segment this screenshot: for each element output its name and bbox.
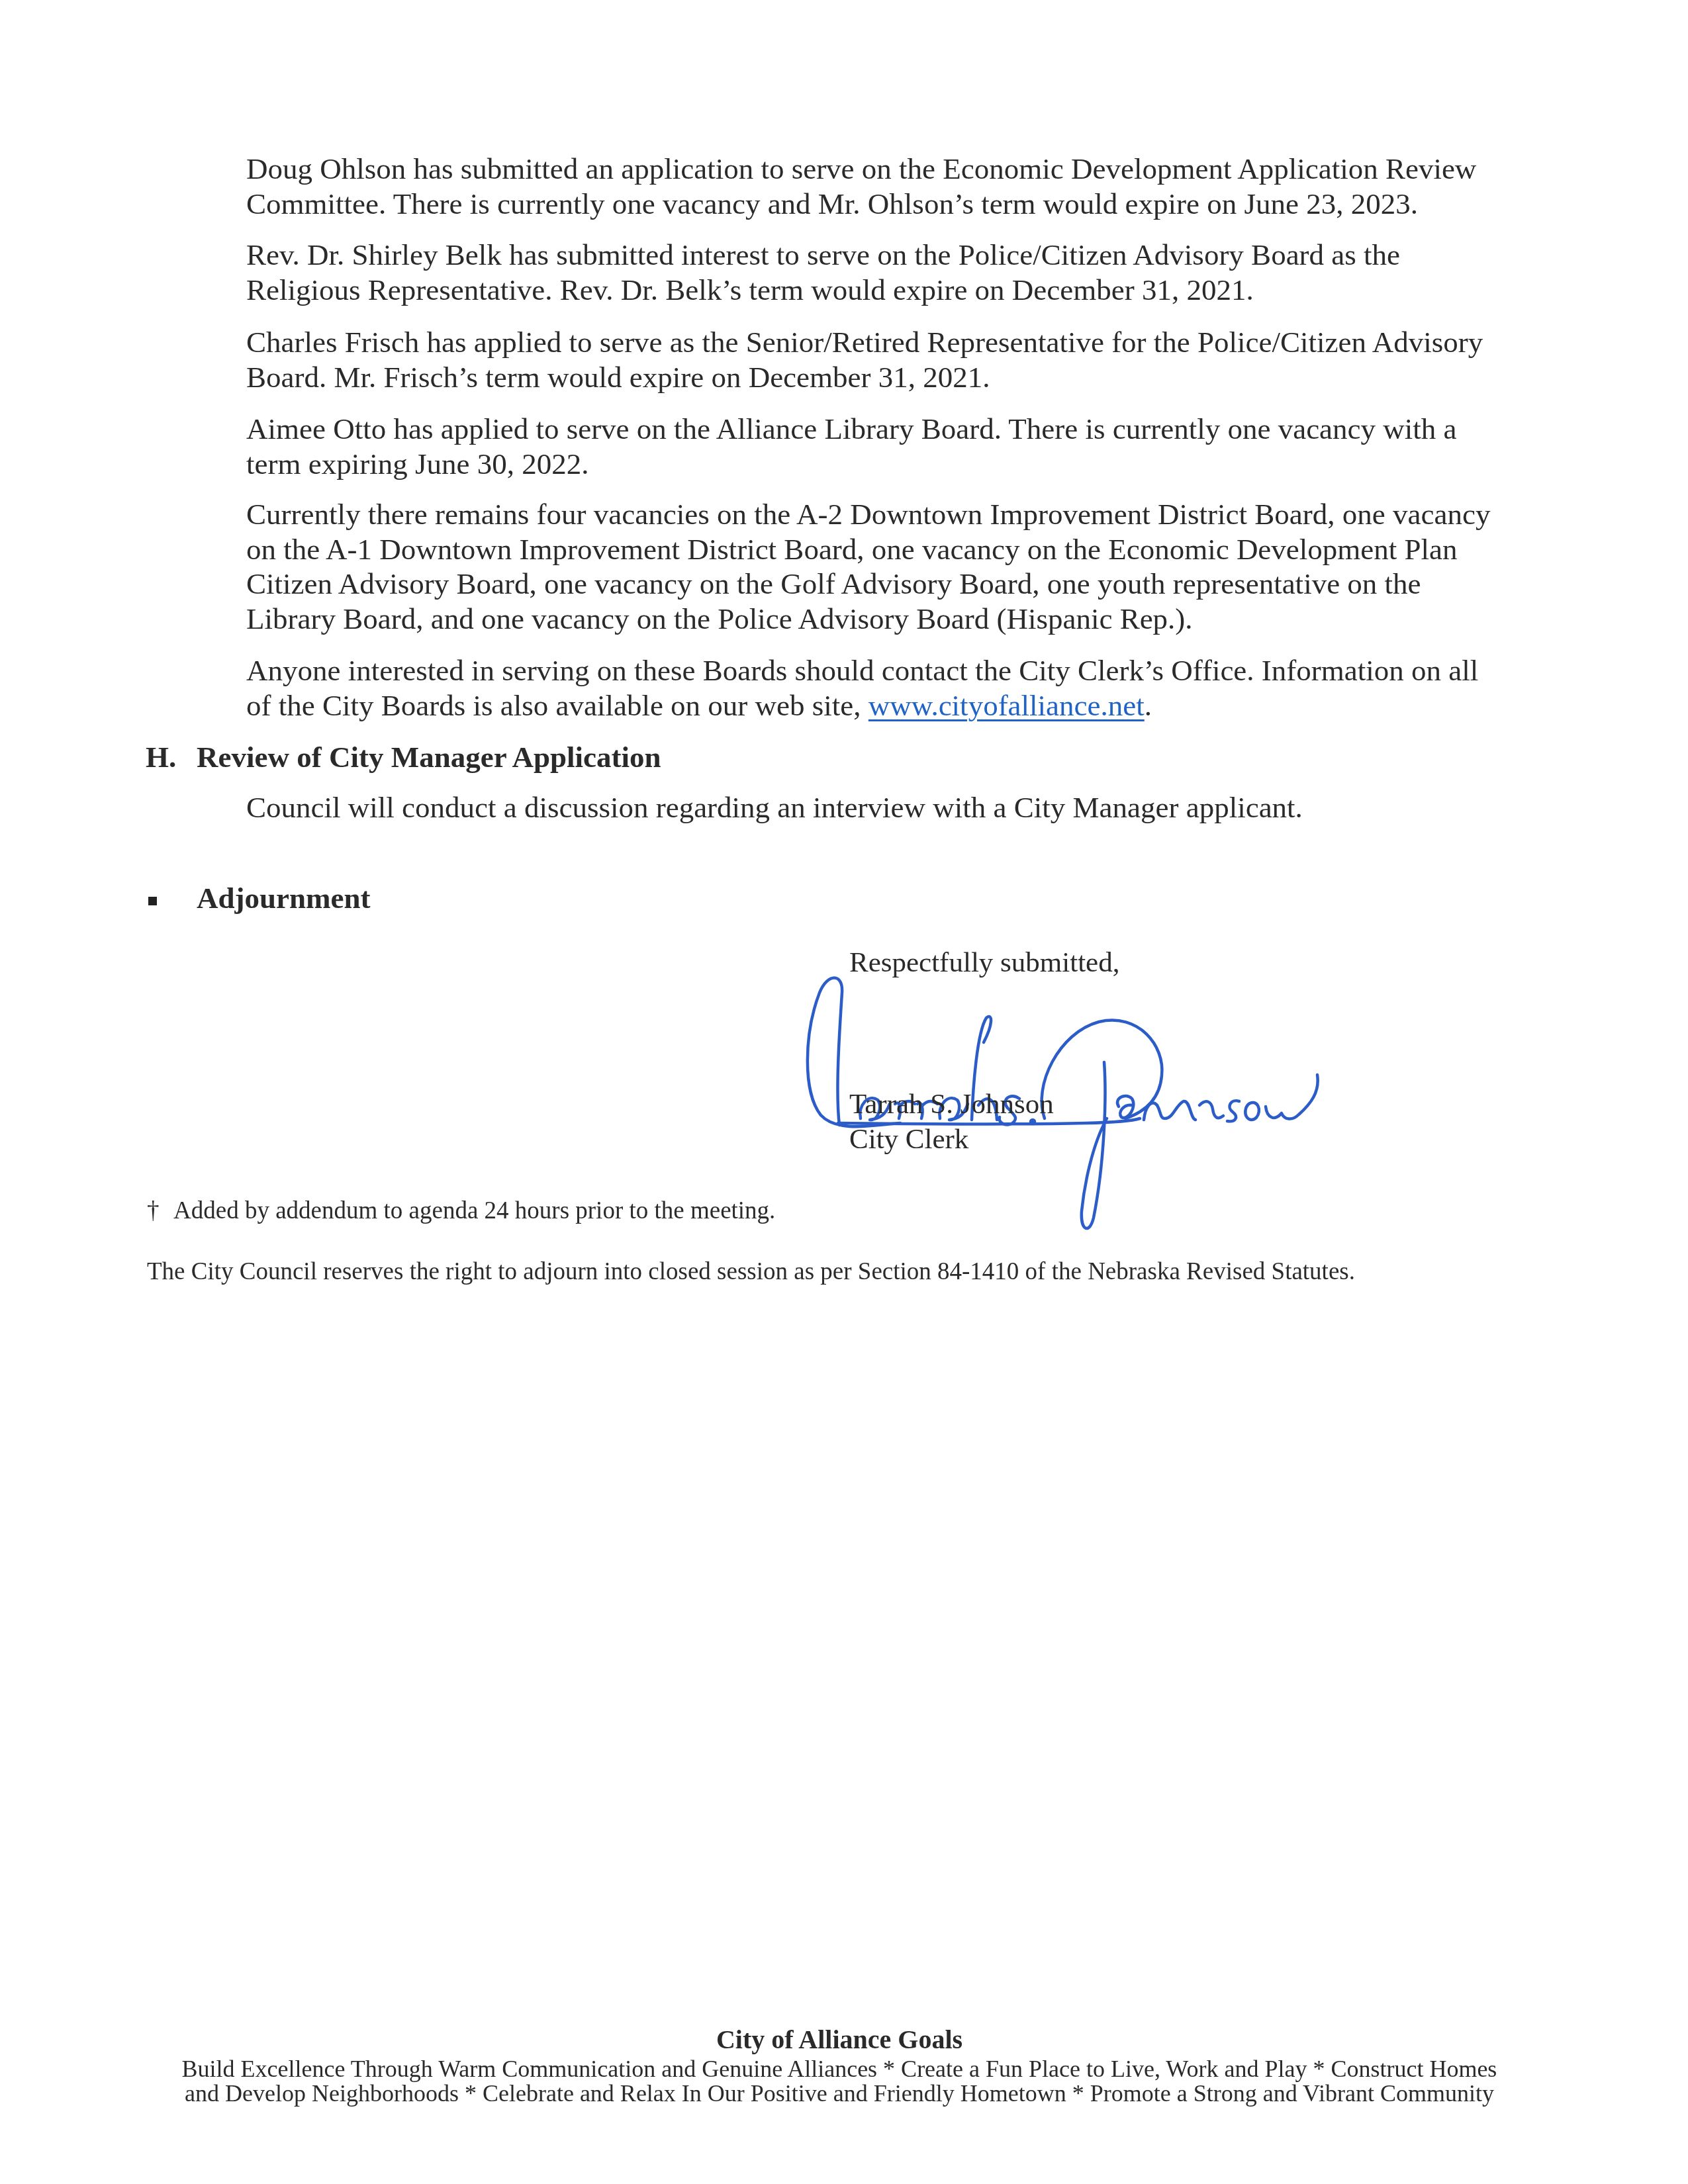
text-line: Charles Frisch has applied to serve as t… bbox=[246, 325, 1544, 360]
board-application-paragraph-frisch: Charles Frisch has applied to serve as t… bbox=[246, 325, 1544, 394]
city-website-link[interactable]: www.cityofalliance.net bbox=[868, 689, 1145, 722]
signer-name: Tarrah S. Johnson bbox=[849, 1087, 1054, 1122]
board-application-paragraph-otto: Aimee Otto has applied to serve on the A… bbox=[246, 412, 1544, 481]
signer-title: City Clerk bbox=[849, 1122, 968, 1157]
section-letter: H. bbox=[146, 740, 197, 774]
text-line: Citizen Advisory Board, one vacancy on t… bbox=[246, 567, 1544, 602]
text-line: Religious Representative. Rev. Dr. Belk’… bbox=[246, 273, 1544, 308]
board-vacancies-paragraph: Currently there remains four vacancies o… bbox=[246, 497, 1544, 636]
text-line: Aimee Otto has applied to serve on the A… bbox=[246, 412, 1544, 447]
text-line: Board. Mr. Frisch’s term would expire on… bbox=[246, 360, 1544, 395]
contact-paragraph: Anyone interested in serving on these Bo… bbox=[246, 653, 1544, 723]
text-line: Rev. Dr. Shirley Belk has submitted inte… bbox=[246, 238, 1544, 273]
dagger-icon: † bbox=[147, 1197, 173, 1226]
adjournment-label: Adjournment bbox=[197, 881, 371, 915]
text-line: Doug Ohlson has submitted an application… bbox=[246, 152, 1544, 187]
text-line: Committee. There is currently one vacanc… bbox=[246, 187, 1544, 222]
text-line: Council will conduct a discussion regard… bbox=[246, 790, 1544, 825]
text-segment: of the City Boards is also available on … bbox=[246, 689, 868, 722]
addendum-footnote: †Added by addendum to agenda 24 hours pr… bbox=[147, 1197, 775, 1226]
square-bullet-icon bbox=[148, 897, 157, 905]
text-line: term expiring June 30, 2022. bbox=[246, 447, 1544, 482]
closed-session-note: The City Council reserves the right to a… bbox=[147, 1257, 1355, 1287]
footer-goals-line: and Develop Neighborhoods * Celebrate an… bbox=[0, 2080, 1679, 2107]
section-title: Review of City Manager Application bbox=[197, 741, 661, 774]
section-h-heading: H.Review of City Manager Application bbox=[146, 740, 661, 774]
text-segment: . bbox=[1145, 689, 1152, 722]
board-application-paragraph-ohlson: Doug Ohlson has submitted an application… bbox=[246, 152, 1544, 221]
footer-goals-line: Build Excellence Through Warm Communicat… bbox=[0, 2056, 1679, 2082]
text-line: Anyone interested in serving on these Bo… bbox=[246, 653, 1544, 688]
text-line: on the A-1 Downtown Improvement District… bbox=[246, 532, 1544, 567]
section-h-description: Council will conduct a discussion regard… bbox=[246, 790, 1544, 825]
addendum-note-text: Added by addendum to agenda 24 hours pri… bbox=[173, 1197, 775, 1224]
footer-goals-title: City of Alliance Goals bbox=[0, 2025, 1679, 2054]
text-line: Library Board, and one vacancy on the Po… bbox=[246, 602, 1544, 637]
text-line: of the City Boards is also available on … bbox=[246, 688, 1544, 723]
board-application-paragraph-belk: Rev. Dr. Shirley Belk has submitted inte… bbox=[246, 238, 1544, 307]
agenda-page: Doug Ohlson has submitted an application… bbox=[0, 0, 1688, 2184]
text-line: Currently there remains four vacancies o… bbox=[246, 497, 1544, 532]
